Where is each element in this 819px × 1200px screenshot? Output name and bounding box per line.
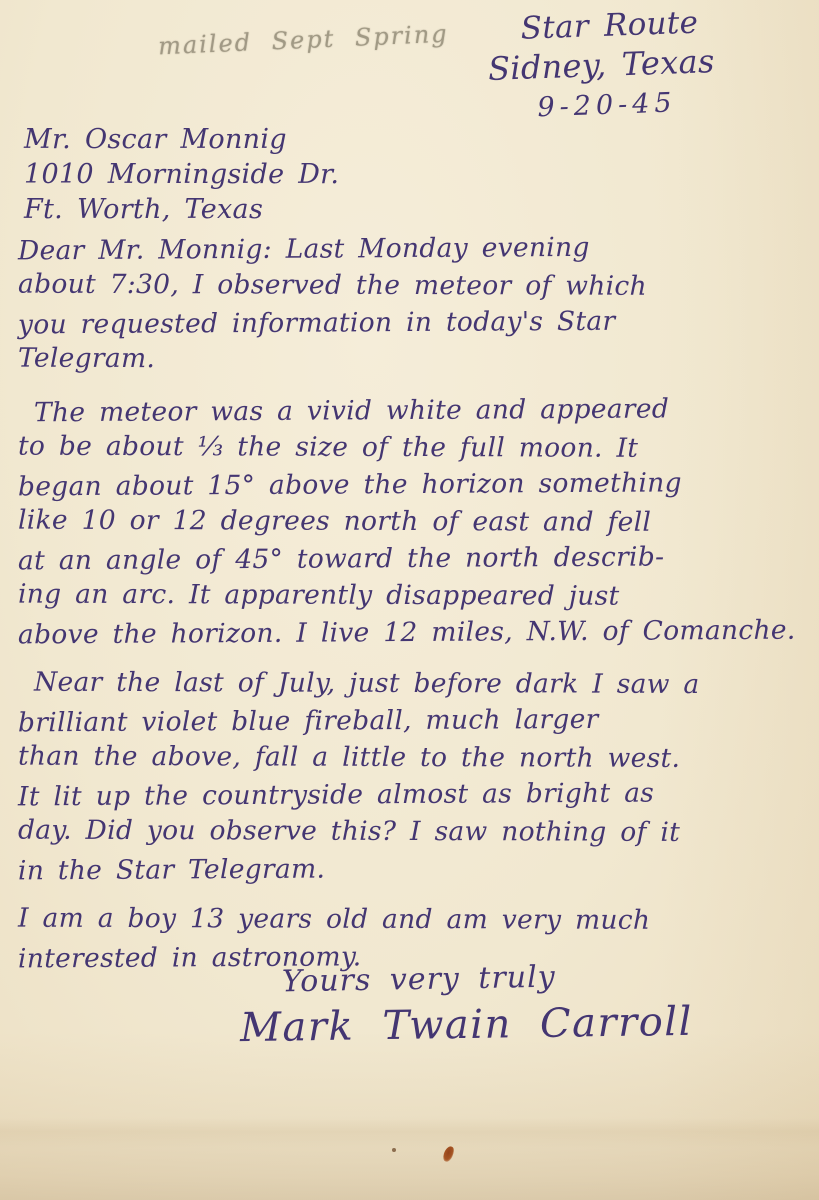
letter-line: brilliant violet blue fireball, much lar… (18, 700, 806, 742)
recipient-address-block: Mr. Oscar Monnig 1010 Morningside Dr. Ft… (24, 122, 339, 227)
sender-route-line: Star Route (520, 4, 714, 47)
letter-page: mailed Sept Spring Star Route Sidney, Te… (0, 0, 819, 1200)
letter-line: Telegram. (18, 340, 806, 380)
sender-city-line: Sidney, Texas (487, 42, 715, 88)
pencil-annotation: mailed Sept Spring (158, 20, 450, 61)
letter-date: 9-20-45 (537, 86, 717, 123)
recipient-street: 1010 Morningside Dr. (24, 157, 339, 192)
letter-line: I am a boy 13 years old and am very much (18, 900, 806, 940)
letter-line: ing an arc. It apparently disappeared ju… (18, 576, 806, 616)
sender-address-block: Star Route Sidney, Texas 9-20-45 (486, 4, 716, 125)
letter-line: day. Did you observe this? I saw nothing… (18, 812, 806, 852)
signature: Mark Twain Carroll (240, 999, 693, 1051)
letter-line: Near the last of July, just before dark … (18, 664, 806, 704)
valediction: Yours very truly (282, 960, 556, 1000)
letter-line: The meteor was a vivid white and appeare… (18, 390, 806, 432)
letter-body: Dear Mr. Monnig: Last Monday evening abo… (18, 230, 806, 975)
letter-line: at an angle of 45° toward the north desc… (18, 538, 806, 580)
letter-line: It lit up the countryside almost as brig… (18, 774, 806, 816)
letter-line: above the horizon. I live 12 miles, N.W.… (18, 612, 806, 654)
paper-crease (0, 1118, 819, 1148)
recipient-name: Mr. Oscar Monnig (24, 122, 339, 157)
recipient-city: Ft. Worth, Texas (24, 192, 339, 227)
paper-stain-dot (392, 1148, 396, 1152)
letter-line: than the above, fall a little to the nor… (18, 738, 806, 778)
letter-line: Dear Mr. Monnig: Last Monday evening (18, 228, 806, 270)
letter-line: in the Star Telegram. (18, 848, 806, 890)
letter-line: to be about ⅓ the size of the full moon.… (18, 428, 806, 468)
letter-line: about 7:30, I observed the meteor of whi… (18, 266, 806, 306)
letter-line: like 10 or 12 degrees north of east and … (18, 502, 806, 542)
letter-line: began about 15° above the horizon someth… (18, 464, 806, 506)
letter-line: you requested information in today's Sta… (18, 302, 806, 344)
